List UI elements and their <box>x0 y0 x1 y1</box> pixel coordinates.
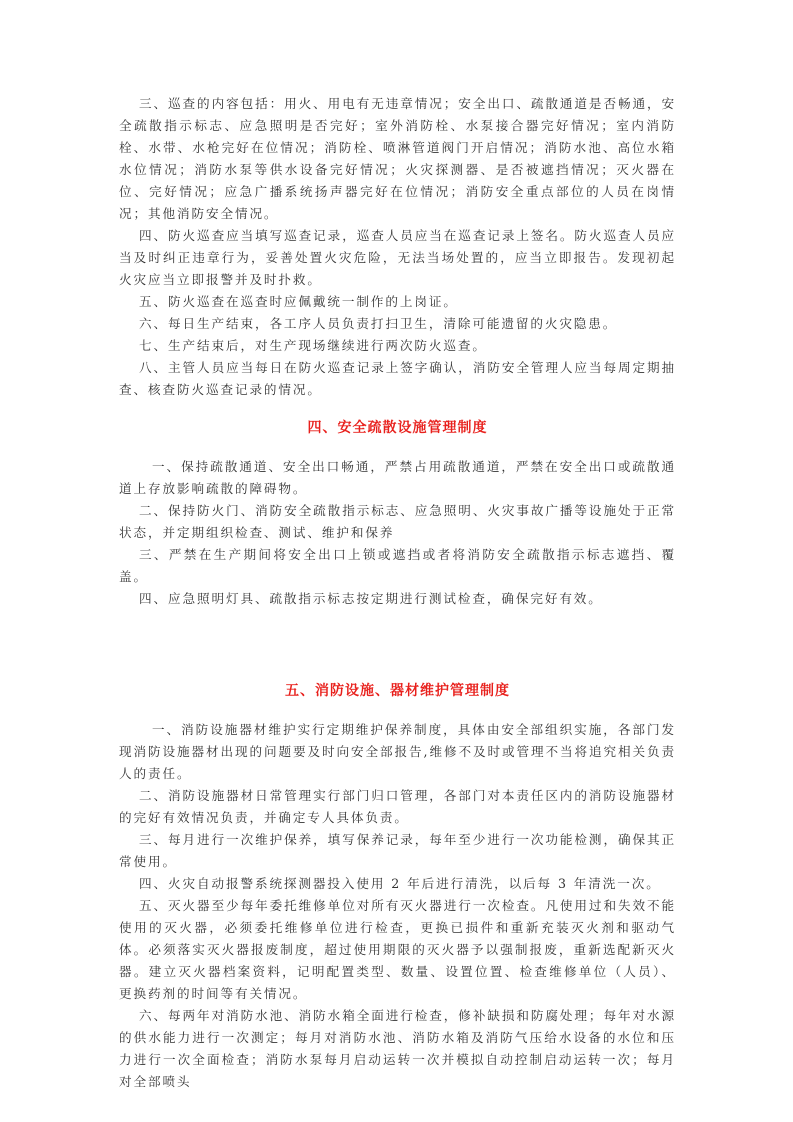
paragraph: 四、防火巡查应当填写巡查记录，巡查人员应当在巡查记录上签名。防火巡查人员应当及时… <box>119 225 676 291</box>
paragraph: 七、生产结束后，对生产现场继续进行两次防火巡查。 <box>119 335 676 357</box>
paragraph: 二、保持防火门、消防安全疏散指示标志、应急照明、火灾事故广播等设施处于正常状态，… <box>119 500 676 544</box>
paragraph: 六、每两年对消防水池、消防水箱全面进行检查，修补缺损和防腐处理；每年对水源的供水… <box>119 1005 676 1093</box>
paragraph: 八、主管人员应当每日在防火巡查记录上签字确认，消防安全管理人应当每周定期抽查、核… <box>119 357 676 401</box>
paragraph: 六、每日生产结束，各工序人员负责打扫卫生，清除可能遗留的火灾隐患。 <box>119 313 676 335</box>
paragraph: 三、每月进行一次维护保养，填写保养记录，每年至少进行一次功能检测，确保其正常使用… <box>119 829 676 873</box>
paragraph: 五、灭火器至少每年委托维修单位对所有灭火器进行一次检查。凡使用过和失效不能使用的… <box>119 895 676 1005</box>
document-page: 三、巡查的内容包括：用火、用电有无违章情况；安全出口、疏散通道是否畅通，安全疏散… <box>119 93 676 1093</box>
paragraph: 一、保持疏散通道、安全出口畅通，严禁占用疏散通道，严禁在安全出口或疏散通道上存放… <box>119 456 676 500</box>
section-heading: 五、消防设施、器材维护管理制度 <box>119 680 676 702</box>
paragraph: 二、消防设施器材日常管理实行部门归口管理，各部门对本责任区内的消防设施器材的完好… <box>119 785 676 829</box>
section-heading: 四、安全疏散设施管理制度 <box>119 417 676 439</box>
paragraph: 三、严禁在生产期间将安全出口上锁或遮挡或者将消防安全疏散指示标志遮挡、覆盖。 <box>119 544 676 588</box>
paragraph: 三、巡查的内容包括：用火、用电有无违章情况；安全出口、疏散通道是否畅通，安全疏散… <box>119 93 676 225</box>
paragraph: 五、防火巡查在巡查时应佩戴统一制作的上岗证。 <box>119 291 676 313</box>
paragraph: 四、火灾自动报警系统探测器投入使用 2 年后进行清洗，以后每 3 年清洗一次。 <box>119 873 676 895</box>
paragraph: 一、消防设施器材维护实行定期维护保养制度，具体由安全部组织实施，各部门发现消防设… <box>119 719 676 785</box>
paragraph: 四、应急照明灯具、疏散指示标志按定期进行测试检查，确保完好有效。 <box>119 588 676 610</box>
